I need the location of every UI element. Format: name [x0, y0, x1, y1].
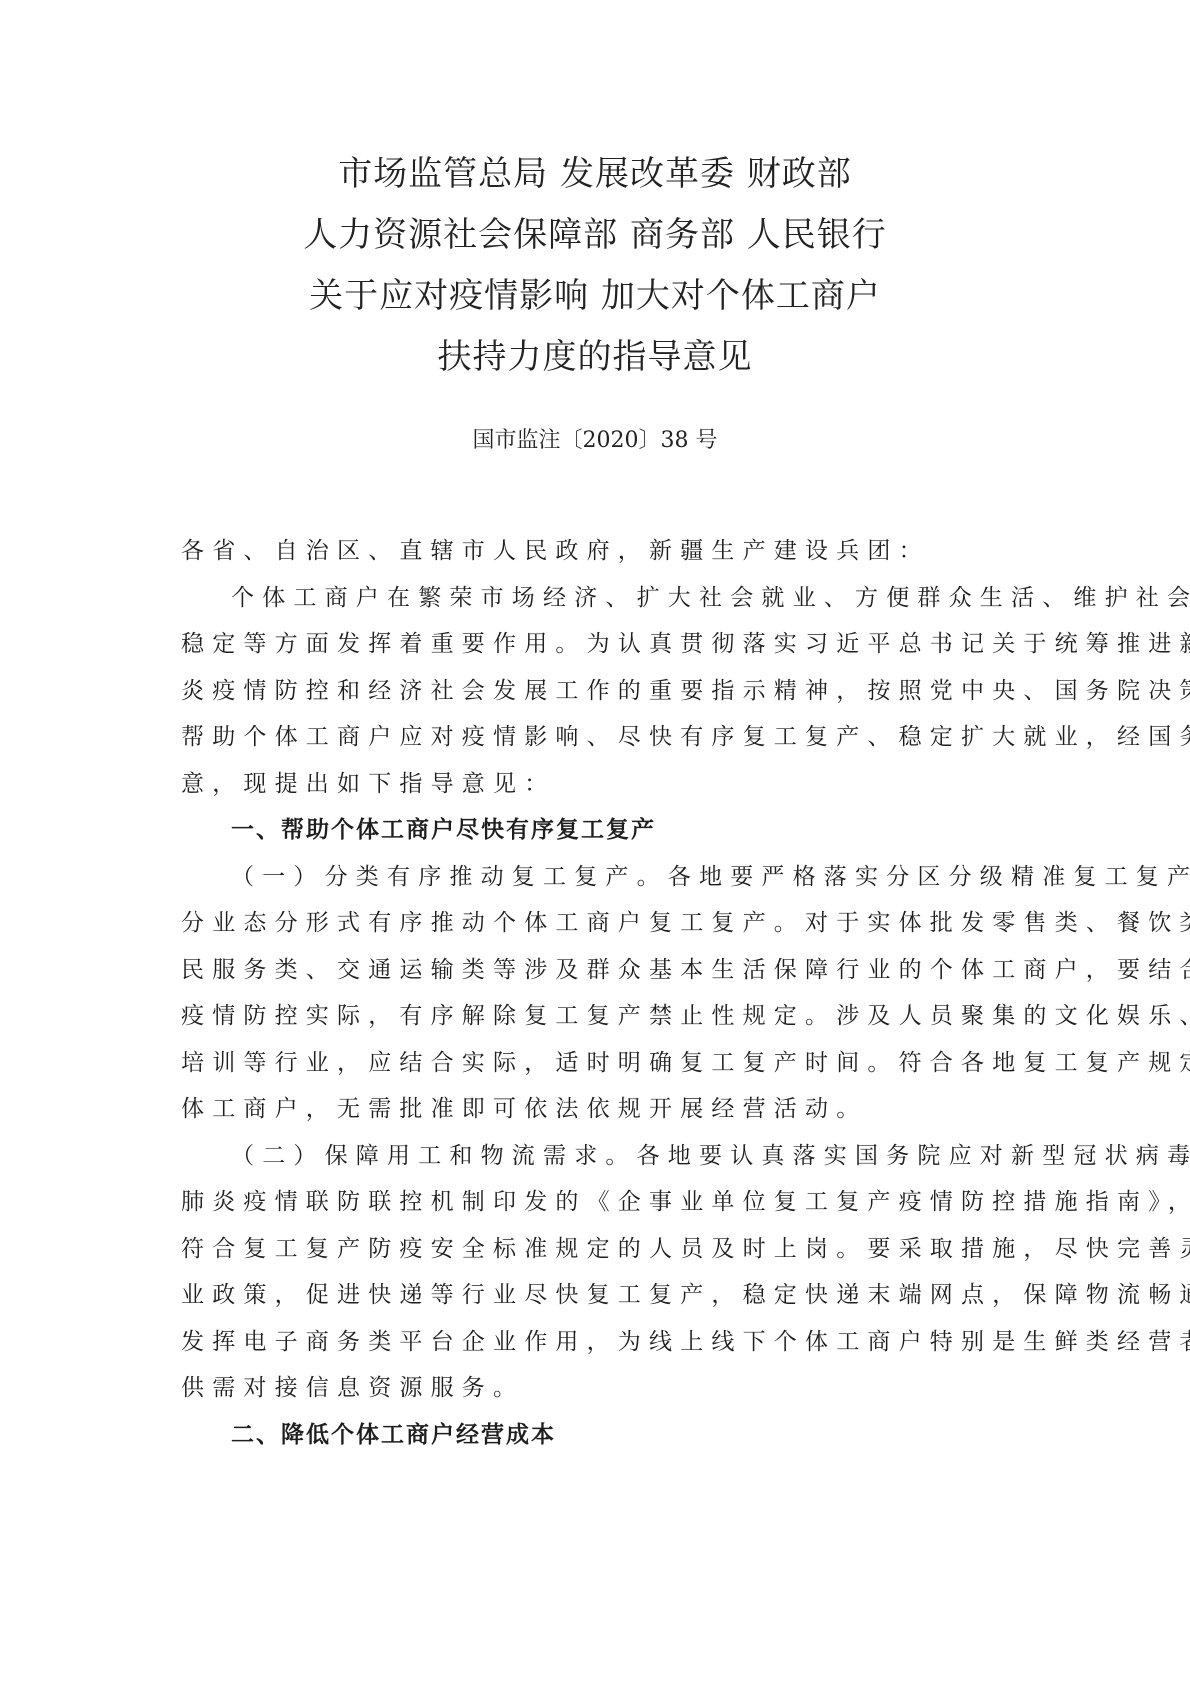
section-heading-2: 二、降低个体工商户经营成本: [181, 1412, 1011, 1459]
title-line-1: 市场监管总局 发展改革委 财政部: [0, 144, 1190, 205]
section-heading-1: 一、帮助个体工商户尽快有序复工复产: [181, 807, 1011, 854]
paragraph-line: 疫情防控实际，有序解除复工复产禁止性规定。涉及人员聚集的文化娱乐、教育: [181, 993, 1011, 1040]
salutation: 各省、自治区、直辖市人民政府，新疆生产建设兵团：: [181, 528, 1011, 575]
document-body: 各省、自治区、直辖市人民政府，新疆生产建设兵团： 个体工商户在繁荣市场经济、扩大…: [181, 528, 1011, 1458]
document-title: 市场监管总局 发展改革委 财政部 人力资源社会保障部 商务部 人民银行 关于应对…: [0, 144, 1190, 388]
paragraph-line: 业政策，促进快递等行业尽快复工复产，稳定快递末端网点，保障物流畅通。要: [181, 1272, 1011, 1319]
paragraph-line: 民服务类、交通运输类等涉及群众基本生活保障行业的个体工商户，要结合本地: [181, 947, 1011, 994]
paragraph-line: 稳定等方面发挥着重要作用。为认真贯彻落实习近平总书记关于统筹推进新冠肺: [181, 621, 1011, 668]
document-page: 市场监管总局 发展改革委 财政部 人力资源社会保障部 商务部 人民银行 关于应对…: [0, 0, 1190, 1684]
paragraph-line: 体工商户，无需批准即可依法依规开展经营活动。: [181, 1086, 1011, 1133]
title-line-2: 人力资源社会保障部 商务部 人民银行: [0, 205, 1190, 266]
title-line-4: 扶持力度的指导意见: [0, 327, 1190, 388]
paragraph-line: 炎疫情防控和经济社会发展工作的重要指示精神，按照党中央、国务院决策部署，: [181, 668, 1011, 715]
paragraph-line: 肺炎疫情联防联控机制印发的《企事业单位复工复产疫情防控措施指南》，保证: [181, 1179, 1011, 1226]
paragraph-line: 帮助个体工商户应对疫情影响、尽快有序复工复产、稳定扩大就业，经国务院同: [181, 714, 1011, 761]
paragraph-line: （二）保障用工和物流需求。各地要认真落实国务院应对新型冠状病毒感染: [181, 1133, 1011, 1180]
paragraph-line: 分业态分形式有序推动个体工商户复工复产。对于实体批发零售类、餐饮类、居: [181, 900, 1011, 947]
paragraph-line: 符合复工复产防疫安全标准规定的人员及时上岗。要采取措施，尽快完善灵活就: [181, 1226, 1011, 1273]
paragraph-line: 个体工商户在繁荣市场经济、扩大社会就业、方便群众生活、维护社会和谐: [181, 575, 1011, 622]
document-number: 国市监注〔2020〕38 号: [0, 424, 1190, 458]
paragraph-line: 培训等行业，应结合实际，适时明确复工复产时间。符合各地复工复产规定的个: [181, 1040, 1011, 1087]
paragraph-line: 意，现提出如下指导意见：: [181, 761, 1011, 808]
paragraph-line: 供需对接信息资源服务。: [181, 1365, 1011, 1412]
paragraph-line: （一）分类有序推动复工复产。各地要严格落实分区分级精准复工复产要求，: [181, 854, 1011, 901]
paragraph-line: 发挥电子商务类平台企业作用，为线上线下个体工商户特别是生鲜类经营者提供: [181, 1319, 1011, 1366]
title-line-3: 关于应对疫情影响 加大对个体工商户: [0, 266, 1190, 327]
